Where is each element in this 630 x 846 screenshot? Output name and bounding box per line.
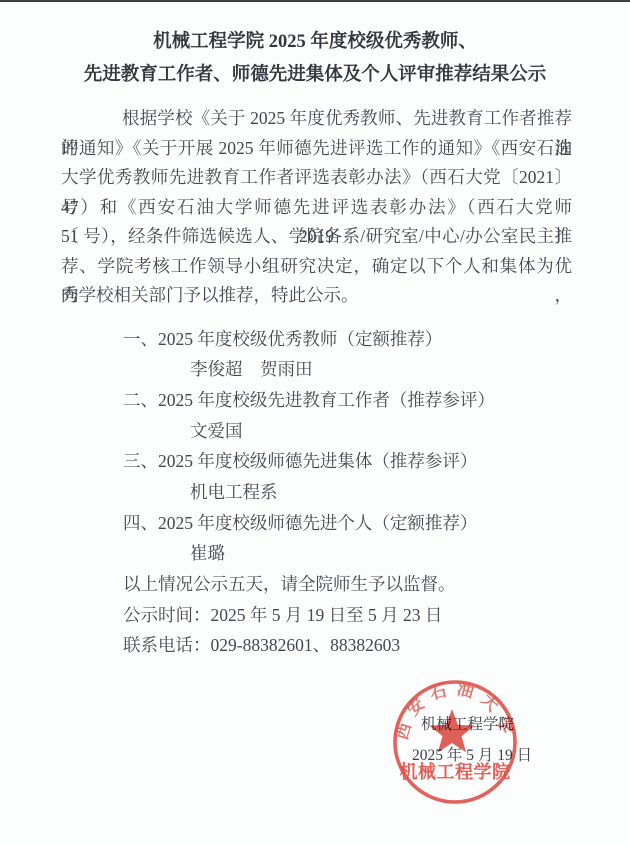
- contact-phone: 联系电话：029-88382601、88382603: [61, 630, 572, 661]
- item-2-heading: 二、2025 年度校级先进教育工作者（推荐参评）: [61, 385, 572, 416]
- paragraph-line: 51 号），经条件筛选候选人、学院各系/研究室/中心/办公室民主推: [61, 222, 572, 252]
- award-list: 一、2025 年度校级优秀教师（定额推荐） 李俊超 贺雨田 二、2025 年度校…: [61, 324, 572, 662]
- item-1-heading: 一、2025 年度校级优秀教师（定额推荐）: [61, 324, 572, 355]
- item-2-names: 文爱国: [61, 416, 572, 447]
- seal-graphic: 西安石油大学 机械工程学院: [378, 664, 532, 818]
- document-body: 根据学校《关于 2025 年度优秀教师、先进教育工作者推荐评选 的通知》《关于开…: [0, 104, 630, 661]
- scan-edge: [0, 0, 630, 2]
- paragraph-line: 号）和《西安石油大学师德先进评选表彰办法》（西石大党师〔2019〕: [61, 193, 572, 223]
- title-line-1: 机械工程学院 2025 年度校级优秀教师、: [0, 26, 630, 59]
- official-seal: 西安石油大学 机械工程学院: [378, 664, 532, 818]
- document-title: 机械工程学院 2025 年度校级优秀教师、 先进教育工作者、师德先进集体及个人评…: [0, 0, 630, 92]
- item-1-names: 李俊超 贺雨田: [61, 354, 572, 385]
- item-4-names: 崔璐: [61, 538, 572, 569]
- paragraph-line: 的通知》《关于开展 2025 年师德先进评选工作的通知》《西安石油: [61, 134, 572, 164]
- paragraph-line: 根据学校《关于 2025 年度优秀教师、先进教育工作者推荐评选: [61, 104, 572, 134]
- item-3-heading: 三、2025 年度校级师德先进集体（推荐参评）: [61, 446, 572, 477]
- publicity-period: 公示时间：2025 年 5 月 19 日至 5 月 23 日: [61, 600, 572, 631]
- announcement-document: 机械工程学院 2025 年度校级优秀教师、 先进教育工作者、师德先进集体及个人评…: [0, 0, 630, 846]
- item-3-names: 机电工程系: [61, 477, 572, 508]
- intro-paragraph: 根据学校《关于 2025 年度优秀教师、先进教育工作者推荐评选 的通知》《关于开…: [61, 104, 572, 311]
- title-line-2: 先进教育工作者、师德先进集体及个人评审推荐结果公示: [0, 59, 630, 92]
- item-4-heading: 四、2025 年度校级师德先进个人（定额推荐）: [61, 508, 572, 539]
- seal-star-icon: [429, 709, 475, 752]
- seal-bottom-text: 机械工程学院: [400, 761, 511, 782]
- supervision-note: 以上情况公示五天，请全院师生予以监督。: [61, 569, 572, 600]
- paragraph-line: 大学优秀教师先进教育工作者评选表彰办法》（西石大党〔2021〕47: [61, 163, 572, 193]
- paragraph-line: 荐、学院考核工作领导小组研究决定，确定以下个人和集体为优秀，: [61, 252, 572, 282]
